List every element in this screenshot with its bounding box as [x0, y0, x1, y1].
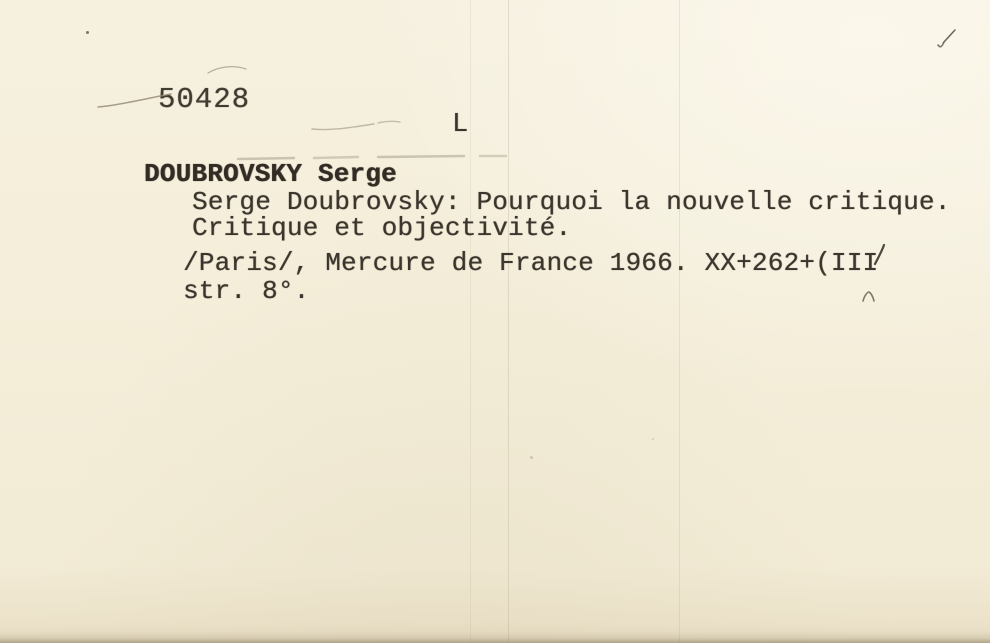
author-heading: DOUBROVSKY Serge [144, 160, 397, 188]
pencil-wisp-icon [206, 63, 248, 77]
imprint-line: /Paris/, Mercure de France 1966. XX+262+… [183, 249, 878, 277]
title-line: Critique et objectivité. [192, 214, 571, 242]
card-crease [679, 0, 680, 643]
paper-speck [530, 456, 533, 459]
pencil-checkmark-icon [934, 27, 962, 57]
small-caret-mark-icon [860, 290, 878, 304]
catalog-number: 50428 [158, 86, 250, 114]
title-line: Serge Doubrovsky: Pourquoi la nouvelle c… [192, 188, 951, 216]
imprint-line: str. 8°. [183, 277, 309, 305]
card-crease [470, 0, 471, 643]
catalog-card: 50428 L DOUBROVSKY Serge Serge Doubrovsk… [0, 0, 990, 643]
ink-speck [86, 31, 89, 34]
card-crease [508, 0, 509, 643]
section-letter: L [452, 111, 468, 139]
paper-speck [652, 438, 654, 440]
pencil-wisp-icon [310, 116, 402, 134]
